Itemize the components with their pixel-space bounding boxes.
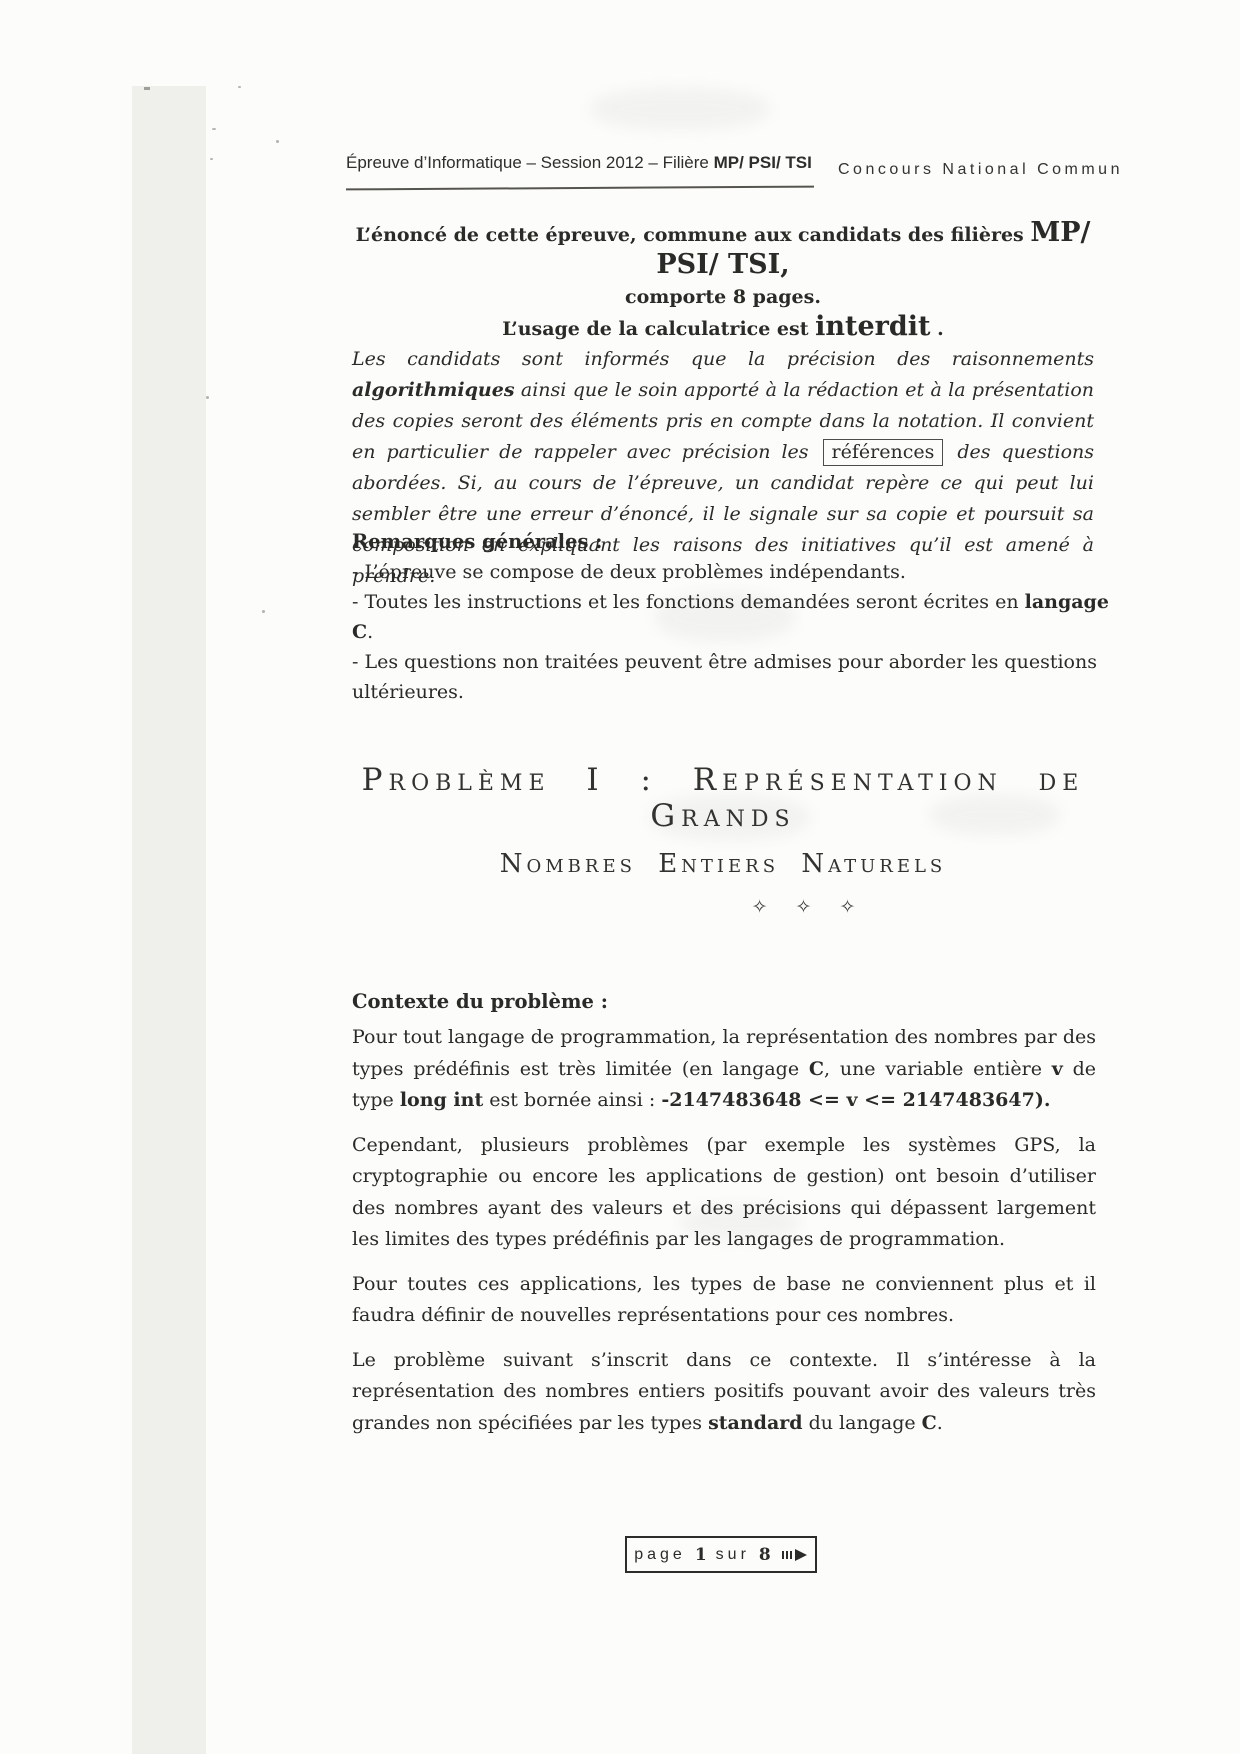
notice-block: L’énoncé de cette épreuve, commune aux c… xyxy=(352,218,1094,344)
p4-standard-bold: standard xyxy=(708,1412,803,1434)
remark-item-2: - Toutes les instructions et les fonctio… xyxy=(352,587,1112,647)
p1-c-bold: C xyxy=(809,1058,824,1080)
p4-text: du langage xyxy=(803,1412,922,1434)
scan-speckle xyxy=(276,140,279,143)
preamble-text: Les candidats sont informés que la préci… xyxy=(352,348,1094,370)
notice-line-3: L’usage de la calculatrice est interdit … xyxy=(352,312,1094,344)
header-exam-name: Concours National Commun xyxy=(838,161,1123,179)
header-course-session: Épreuve d’Informatique – Session 2012 – … xyxy=(346,153,714,172)
scan-speckle xyxy=(206,396,209,399)
p1-text: est bornée ainsi : xyxy=(483,1089,661,1111)
footer-total-pages: 8 xyxy=(759,1545,771,1565)
remark-item-2-text: - Toutes les instructions et les fonctio… xyxy=(352,591,1025,613)
scan-speckle xyxy=(238,86,241,88)
notice-line-3-end: . xyxy=(930,318,943,340)
problem-title-line-1: Problème I : Représentation de Grands xyxy=(300,762,1146,834)
notice-line-2: comporte 8 pages. xyxy=(352,282,1094,312)
problem-title-block: Problème I : Représentation de Grands No… xyxy=(300,762,1146,918)
scan-speckle xyxy=(212,128,216,130)
footer-word-sur: sur xyxy=(716,1546,750,1564)
notice-line-1-text: L’énoncé de cette épreuve, commune aux c… xyxy=(356,224,1031,246)
context-paragraph-4: Le problème suivant s’inscrit dans ce co… xyxy=(352,1345,1096,1440)
context-paragraph-3: Pour toutes ces applications, les types … xyxy=(352,1269,1096,1332)
notice-interdit: interdit xyxy=(815,311,930,342)
footer-word-page: page xyxy=(634,1546,686,1564)
scan-bleedthrough-smudge xyxy=(590,88,770,130)
notice-calculator-text: L’usage de la calculatrice est xyxy=(502,318,815,340)
remarks-title: Remarques générales : xyxy=(352,527,1112,557)
p4-text: . xyxy=(937,1412,943,1434)
scan-corner-mark xyxy=(144,87,150,90)
context-section: Contexte du problème : Pour tout langage… xyxy=(352,986,1096,1452)
references-boxed-word: références xyxy=(823,439,944,466)
general-remarks: Remarques générales : - L’épreuve se com… xyxy=(352,527,1112,707)
footer-page-number: 1 xyxy=(695,1545,707,1565)
scanned-exam-page: Épreuve d’Informatique – Session 2012 – … xyxy=(0,0,1240,1754)
header-filiere: MP/ PSI/ TSI xyxy=(714,153,812,172)
scan-speckle xyxy=(262,610,265,613)
ornament-stars-icon: ✧ ✧ ✧ xyxy=(300,896,1146,918)
remark-item-3: - Les questions non traitées peuvent êtr… xyxy=(352,647,1112,707)
preamble-algorithmiques: algorithmiques xyxy=(352,379,515,401)
context-heading: Contexte du problème : xyxy=(352,986,1096,1017)
scan-edge-shadow xyxy=(132,86,206,1754)
context-paragraph-2: Cependant, plusieurs problèmes (par exem… xyxy=(352,1130,1096,1256)
remark-item-2-end: . xyxy=(367,621,373,643)
scan-speckle xyxy=(210,158,213,160)
problem-title-line-2: Nombres Entiers Naturels xyxy=(300,849,1146,879)
header-underline xyxy=(346,186,814,191)
notice-line-1: L’énoncé de cette épreuve, commune aux c… xyxy=(352,218,1094,282)
p1-longint-bold: long int xyxy=(400,1089,483,1111)
p1-range-bold: -2147483648 <= v <= 2147483647). xyxy=(661,1089,1050,1111)
p1-v-bold: v xyxy=(1052,1058,1063,1080)
p1-text: , une variable entière xyxy=(824,1058,1052,1080)
header-left: Épreuve d’Informatique – Session 2012 – … xyxy=(346,153,812,173)
page-indicator: page 1 sur 8 xyxy=(625,1536,817,1573)
remark-item-1: - L’épreuve se compose de deux problèmes… xyxy=(352,557,1112,587)
p4-c-bold: C xyxy=(922,1412,937,1434)
context-paragraph-1: Pour tout langage de programmation, la r… xyxy=(352,1022,1096,1117)
next-page-arrow-icon xyxy=(782,1548,808,1562)
